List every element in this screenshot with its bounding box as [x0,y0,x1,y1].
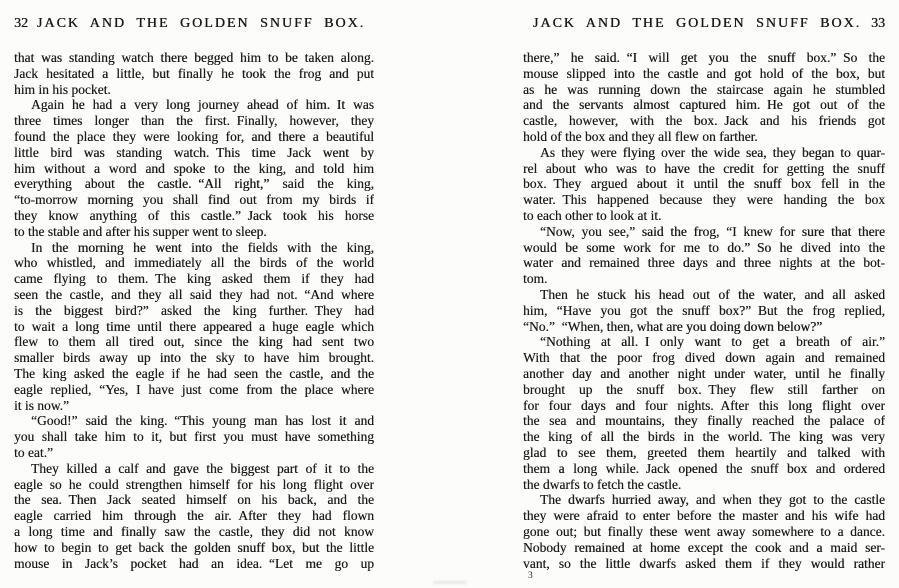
paragraph: “Good!” said the king. “This young man h… [14,413,374,460]
paragraph: Then he stuck his head out of the water,… [523,287,885,334]
text-line: the king of all the birds in the world. … [523,429,885,445]
text-line: to each other to look at it. [523,208,885,224]
text-line: it is now.” [14,398,374,414]
text-line: and the servants almost captured him. He… [523,97,885,113]
text-line: is the biggest bird?” asked the king fur… [14,303,374,319]
text-line: him, “Have you got the snuff box?” But t… [523,303,885,319]
text-line: mouse slipped into the castle and got ho… [523,66,885,82]
paragraph: that was standing watch there begged him… [14,50,374,97]
book-spread: 32 JACK AND THE GOLDEN SNUFF BOX. that w… [0,0,899,588]
text-line: who whistled, and immediately all the bi… [14,255,374,271]
page-header-left: 32 JACK AND THE GOLDEN SNUFF BOX. [14,16,374,32]
text-line: him without a word and spoke to the king… [14,161,374,177]
text-line: Again he had a very long journey ahead o… [14,97,374,113]
text-line: The dwarfs hurried away, and when they g… [523,492,885,508]
text-line: castle, however, with the box. Jack and … [523,113,885,129]
text-line: tom. [523,271,885,287]
scan-smudge-artifact [433,581,467,584]
text-line: another day and another night under wate… [523,366,885,382]
text-line: eagle carried him through the air. After… [14,508,374,524]
text-line: The king asked the eagle if he had seen … [14,366,374,382]
text-line: rel about who was to have the credit for… [523,161,885,177]
text-line: mouse in Jack’s pocket had an idea. “Let… [14,556,374,572]
paragraph: Again he had a very long journey ahead o… [14,97,374,239]
page-left: 32 JACK AND THE GOLDEN SNUFF BOX. that w… [14,16,374,571]
text-line: “Nothing at all. I only want to get a br… [523,334,885,350]
text-line: seen the castle, and they all said they … [14,287,374,303]
text-line: “Good!” said the king. “This young man h… [14,413,374,429]
page-body-left: that was standing watch there begged him… [14,50,374,571]
text-line: Then he stuck his head out of the water,… [523,287,885,303]
paragraph: there,” he said. “I will get you the snu… [523,50,885,145]
text-line: eagle so he could strengthen himself for… [14,477,374,493]
text-line: a long time and finally saw the castle, … [14,524,374,540]
text-line: flew to them all tired out, since the ki… [14,334,374,350]
text-line: came flying to them. The king asked them… [14,271,374,287]
text-line: In the morning he went into the fields w… [14,240,374,256]
text-line: gone out; but finally these went away so… [523,524,885,540]
running-head-right: JACK AND THE GOLDEN SNUFF BOX. [523,16,871,32]
text-line: “No.” “When, then, what are you doing do… [523,319,885,335]
text-line: there,” he said. “I will get you the snu… [523,50,885,66]
text-line: how to begin to get back the golden snuf… [14,540,374,556]
paragraph: “Nothing at all. I only want to get a br… [523,334,885,492]
text-line: little bird was standing watch. This tim… [14,145,374,161]
text-line: the sea. Then Jack seated himself on his… [14,492,374,508]
paragraph: In the morning he went into the fields w… [14,240,374,414]
page-right: JACK AND THE GOLDEN SNUFF BOX. 33 there,… [523,16,885,581]
page-body-right: there,” he said. “I will get you the snu… [523,50,885,571]
text-line: him in his pocket. [14,82,374,98]
text-line: glad to see them, greeted them heartily … [523,445,885,461]
text-line: As they were flying over the wide sea, t… [523,145,885,161]
text-line: would be some work for me to do.” So he … [523,240,885,256]
text-line: water. This happened because they were h… [523,192,885,208]
text-line: “to-morrow morning you shall find out fr… [14,192,374,208]
text-line: the sea and mountains, they finally reac… [523,413,885,429]
text-line: them a long while. Jack opened the snuff… [523,461,885,477]
text-line: With that the poor frog dived down again… [523,350,885,366]
text-line: to the stable and after his supper went … [14,224,374,240]
text-line: hold of the box and they all flew on far… [523,129,885,145]
paragraph: As they were flying over the wide sea, t… [523,145,885,224]
paragraph: “Now, you see,” said the frog, “I knew f… [523,224,885,287]
page-number-right: 33 [871,16,885,32]
text-line: smaller birds away up into the sky to ha… [14,350,374,366]
text-line: water and remained three days and three … [523,255,885,271]
text-line: to wait a long time until there appeared… [14,319,374,335]
text-line: eagle replied, “Yes, I have just come fr… [14,382,374,398]
page-header-right: JACK AND THE GOLDEN SNUFF BOX. 33 [523,16,885,32]
printer-signature-mark: 3 [523,571,885,581]
paragraph: The dwarfs hurried away, and when they g… [523,492,885,571]
paragraph: They killed a calf and gave the biggest … [14,461,374,572]
text-line: three times longer than the first. Final… [14,113,374,129]
text-line: everything about the castle. “All right,… [14,176,374,192]
text-line: They killed a calf and gave the biggest … [14,461,374,477]
text-line: box. They argued about it until the snuf… [523,176,885,192]
text-line: to eat.” [14,445,374,461]
text-line: found the place they were looking for, a… [14,129,374,145]
text-line: that was standing watch there begged him… [14,50,374,66]
text-line: they were afraid to enter before the mas… [523,508,885,524]
text-line: Nobody remained at home except the cook … [523,540,885,556]
text-line: you shall take him to it, but first you … [14,429,374,445]
text-line: “Now, you see,” said the frog, “I knew f… [523,224,885,240]
text-line: Jack hesitated a little, but finally he … [14,66,374,82]
text-line: brought up the snuff box. They flew stil… [523,382,885,398]
text-line: they know anything of this castle.” Jack… [14,208,374,224]
text-line: the dwarfs to fetch the castle. [523,477,885,493]
text-line: as he was running down the staircase aga… [523,82,885,98]
page-number-left: 32 [14,16,28,32]
text-line: vant, so the little dwarfs asked them if… [523,556,885,572]
text-line: for four days and four nights. After thi… [523,398,885,414]
running-head-left: JACK AND THE GOLDEN SNUFF BOX. [28,16,374,32]
